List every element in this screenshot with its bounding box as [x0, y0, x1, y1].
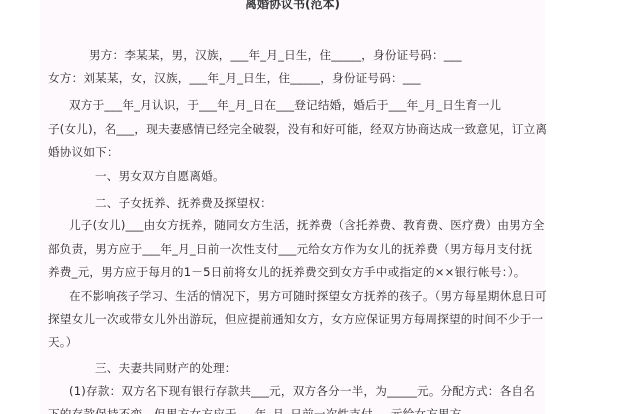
clause-heading-3: 三、夫妻共同财产的处理： [95, 360, 237, 376]
paragraph-line: 双方于___年_月认识，于___年_月_日在___登记结婚，婚后于___年_月_… [69, 97, 501, 113]
clause-heading-1: 一、男女双方自愿离婚。 [95, 168, 225, 184]
paragraph-line: 儿子(女儿)___由女方抚养，随同女方生活，抚养费（含托养费、教育费、医疗费）由… [69, 217, 545, 233]
paragraph-line: 子(女儿)，名___，现夫妻感情已经完全破裂，没有和好可能，经双方协商达成一致意… [48, 121, 547, 137]
paragraph-line: 部负责，男方应于___年_月_日前一次性支付___元给女方作为女儿的抚养费（男方… [48, 241, 532, 257]
paragraph-line: (1)存款：双方名下现有银行存款共___元，双方各分一半，为_____元。分配方… [69, 383, 535, 399]
paragraph-line: 在不影响孩子学习、生活的情况下，男方可随时探望女方抚养的孩子。（男方每星期休息日… [69, 288, 547, 304]
paragraph-line: 下的存款保持不变，但男方女方应于___年_月_日前一次性支付___元给女方男方。 [48, 406, 473, 414]
paragraph-line: 婚协议如下： [48, 144, 119, 160]
document-title: 离婚协议书(范本) [40, 0, 545, 12]
clause-heading-2: 二、子女抚养、抚养费及探望权： [95, 195, 272, 211]
document-page: 离婚协议书(范本) 男方：李某某，男，汉族，___年_月_日生，住_____，身… [40, 0, 545, 414]
paragraph-line: 天。） [48, 334, 78, 350]
female-party-line: 女方：刘某某，女，汉族，___年_月_日生，住_____，身份证号码：___ [48, 70, 421, 86]
male-party-line: 男方：李某某，男，汉族，___年_月_日生，住_____，身份证号码：___ [89, 47, 462, 63]
paragraph-line: 探望女儿一次或带女儿外出游玩，但应提前通知女方，女方应保证男方每周探望的时间不少… [48, 311, 543, 327]
paragraph-line: 养费_元，男方应于每月的1－5日前将女儿的抚养费交到女方手中或指定的××银行帐号… [48, 264, 526, 280]
